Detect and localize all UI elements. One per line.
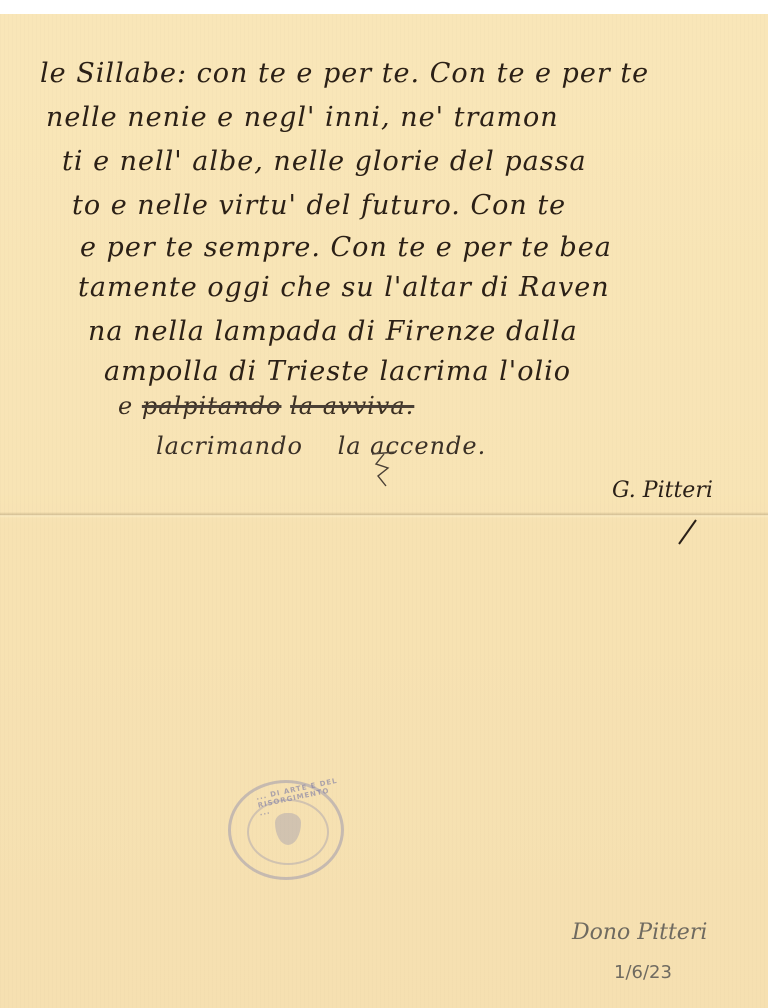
paper-fold-line <box>0 512 768 518</box>
letter-line-4: to e nelle virtu' del futuro. Con te <box>72 190 566 221</box>
revision-prefix: e <box>118 392 133 420</box>
correction-line: lacrimando la accende. <box>156 432 486 460</box>
letter-line-3: ti e nell' albe, nelle glorie del passa <box>62 146 587 177</box>
struck-remaining-text: la avviva. <box>290 392 414 420</box>
revised-line: e palpitando la avviva. <box>118 392 414 420</box>
insertion-caret-icon <box>370 450 400 488</box>
letter-line-5: e per te sempre. Con te e per te bea <box>80 232 612 263</box>
archive-stamp: ... DI ARTE E DEL RISORGIMENTO ... <box>228 780 344 880</box>
struck-word: palpitando <box>142 392 282 420</box>
signature: G. Pitteri <box>612 478 713 503</box>
archive-donor-note: Dono Pitteri <box>572 920 707 945</box>
letter-line-8: ampolla di Trieste lacrima l'olio <box>104 356 571 387</box>
archive-date: 1/6/23 <box>614 962 672 983</box>
letter-line-2: nelle nenie e negl' inni, ne' tramon <box>46 102 559 133</box>
letter-line-7: na nella lampada di Firenze dalla <box>88 316 578 347</box>
letter-line-6: tamente oggi che su l'altar di Raven <box>78 272 610 303</box>
signature-flourish-icon <box>676 518 698 546</box>
final-text: la accende. <box>338 432 487 460</box>
inserted-word: lacrimando <box>156 432 303 460</box>
letter-line-1: le Sillabe: con te e per te. Con te e pe… <box>40 58 649 89</box>
